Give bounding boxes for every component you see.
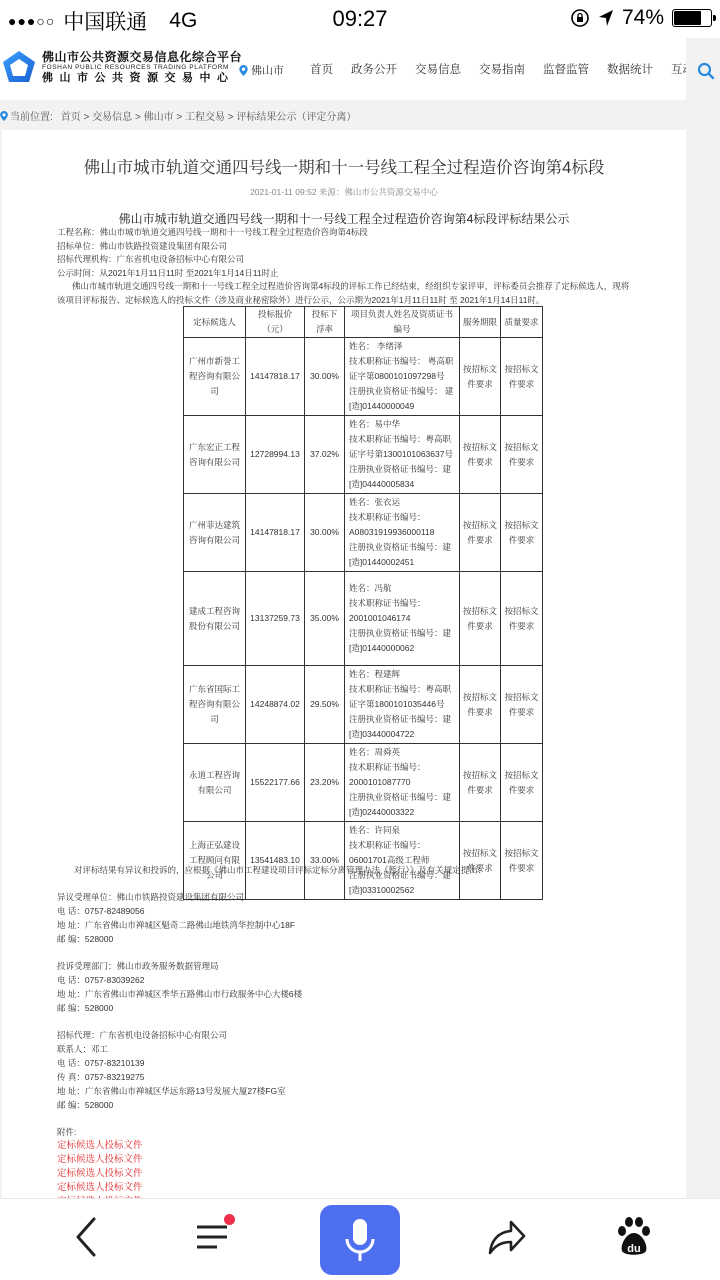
bid-price: 15522177.66 bbox=[246, 744, 305, 822]
cert-line: 技术职称证书编号：2001001046174 bbox=[349, 596, 455, 626]
cert-line: 姓名：程建辉 bbox=[349, 667, 455, 682]
article-card: 佛山市城市轨道交通四号线一期和十一号线工程全过程造价咨询第4标段 2021-01… bbox=[2, 130, 686, 1198]
article-footer: 对评标结果有异议和投诉的，应根据《佛山市工程建设项目评标定标分离管理办法（暂行）… bbox=[57, 863, 657, 1198]
pentagon-logo-icon bbox=[2, 50, 36, 84]
col-quality: 质量要求 bbox=[501, 307, 543, 338]
breadcrumb-label: 当前位置: bbox=[10, 108, 53, 123]
contact-line: 传 真：0757-83219275 bbox=[57, 1070, 657, 1084]
discount-rate: 29.50% bbox=[305, 666, 345, 744]
quality-requirement: 按招标文件要求 bbox=[501, 416, 543, 494]
attachments-label: 附件: bbox=[57, 1125, 657, 1139]
service-period: 按招标文件要求 bbox=[460, 338, 501, 416]
cert-line: 姓名：周舜英 bbox=[349, 745, 455, 760]
city-label: 佛山市 bbox=[251, 62, 284, 78]
candidate-company: 广州市新誉工程咨询有限公司 bbox=[184, 338, 246, 416]
baidu-paw-icon: du bbox=[616, 1217, 652, 1257]
contact-line: 地 址：广东省佛山市禅城区华远东路13号发展大厦27楼FG室 bbox=[57, 1084, 657, 1098]
search-icon[interactable] bbox=[697, 62, 715, 80]
svg-text:du: du bbox=[627, 1243, 640, 1255]
quality-requirement: 按招标文件要求 bbox=[501, 338, 543, 416]
service-period: 按招标文件要求 bbox=[460, 744, 501, 822]
contact-line: 异议受理单位：佛山市铁路投资建设集团有限公司 bbox=[57, 890, 657, 904]
nav-government-affairs[interactable]: 政务公开 bbox=[351, 61, 397, 77]
attachments-list: 定标候选人投标文件定标候选人投标文件定标候选人投标文件定标候选人投标文件定标候选… bbox=[57, 1139, 657, 1198]
cert-line: 注册执业资格证书编号：建[造]01440002451 bbox=[349, 540, 455, 570]
breadcrumb: 当前位置: 首页 > 交易信息 > 佛山市 > 工程交易 > 评标结果公示（评定… bbox=[0, 108, 356, 123]
main-nav: 首页 政务公开 交易信息 交易指南 监督监管 数据统计 互动交流 bbox=[310, 61, 720, 77]
page-title: 佛山市城市轨道交通四号线一期和十一号线工程全过程造价咨询第4标段 bbox=[2, 154, 686, 178]
tender-agency: 招标代理机构：广东省机电设备招标中心有限公司 bbox=[57, 253, 637, 267]
table-row: 广东宏正工程咨询有限公司12728994.1337.02%姓名：易中华技术职称证… bbox=[184, 416, 543, 494]
candidate-company: 永道工程咨询有限公司 bbox=[184, 744, 246, 822]
logo-subtitle-cn: 佛山市公共资源交易中心 bbox=[42, 72, 242, 83]
cert-line: 姓名：冯航 bbox=[349, 581, 455, 596]
bid-price: 14147818.17 bbox=[246, 494, 305, 572]
cert-line: 技术职称证书编号：粤高职证字第1800101035446号 bbox=[349, 682, 455, 712]
candidate-company: 广州菲达建筑咨询有限公司 bbox=[184, 494, 246, 572]
project-leader-cert: 姓名：张衣运技术职称证书编号：A08031919936000118注册执业资格证… bbox=[345, 494, 460, 572]
cert-line: 技术职称证书编号：粤高职证字号第1300101063637号 bbox=[349, 432, 455, 462]
cert-line: 技术职称证书编号：A08031919936000118 bbox=[349, 510, 455, 540]
project-leader-cert: 姓名：易中华技术职称证书编号：粤高职证字号第1300101063637号注册执业… bbox=[345, 416, 460, 494]
city-selector[interactable]: 佛山市 bbox=[239, 62, 284, 78]
site-header: 佛山市公共资源交易信息化综合平台 FOSHAN PUBLIC RESOURCES… bbox=[0, 38, 686, 100]
table-row: 广东省国际工程咨询有限公司14248874.0229.50%姓名：程建辉技术职称… bbox=[184, 666, 543, 744]
back-icon bbox=[74, 1217, 98, 1257]
contact-line: 邮 编：528000 bbox=[57, 1001, 657, 1015]
cert-line: 姓名： 李绪泽 bbox=[349, 339, 455, 354]
contact-line: 联系人：邓工 bbox=[57, 1042, 657, 1056]
candidates-table: 定标候选人 投标报价（元） 投标下浮率 项目负责人姓名及资质证书编号 服务期限 … bbox=[183, 306, 543, 900]
table-row: 建成工程咨询股份有限公司13137259.7335.00%姓名：冯航技术职称证书… bbox=[184, 572, 543, 666]
location-pin-icon bbox=[239, 65, 248, 76]
nav-home[interactable]: 首页 bbox=[310, 61, 333, 77]
share-button[interactable] bbox=[477, 1207, 537, 1267]
cert-line: 注册执业资格证书编号：建[造]03440004722 bbox=[349, 712, 455, 742]
quality-requirement: 按招标文件要求 bbox=[501, 494, 543, 572]
announcement-paragraph: 佛山市城市轨道交通四号线一期和十一号线工程全过程造价咨询第4标段的评标工作已经结… bbox=[57, 280, 637, 307]
announcement-title: 佛山市城市轨道交通四号线一期和十一号线工程全过程造价咨询第4标段评标结果公示 bbox=[2, 210, 686, 227]
col-discount-rate: 投标下浮率 bbox=[305, 307, 345, 338]
contact-line: 电 话：0757-83210139 bbox=[57, 1056, 657, 1070]
col-candidate: 定标候选人 bbox=[184, 307, 246, 338]
voice-search-button[interactable] bbox=[320, 1205, 400, 1275]
quality-requirement: 按招标文件要求 bbox=[501, 744, 543, 822]
quality-requirement: 按招标文件要求 bbox=[501, 572, 543, 666]
location-pin-icon bbox=[0, 111, 8, 121]
contact-line: 招标代理：广东省机电设备招标中心有限公司 bbox=[57, 1028, 657, 1042]
nav-statistics[interactable]: 数据统计 bbox=[607, 61, 653, 77]
project-leader-cert: 姓名：冯航技术职称证书编号：2001001046174注册执业资格证书编号：建[… bbox=[345, 572, 460, 666]
contact-block: 投诉受理部门：佛山市政务服务数据管理局电 话：0757-83039262地 址：… bbox=[57, 959, 657, 1015]
publicity-period: 公示时间：从2021年1月11日11时 至2021年1月14日11时止 bbox=[57, 267, 637, 281]
project-info: 工程名称：佛山市城市轨道交通四号线一期和十一号线工程全过程造价咨询第4标段 招标… bbox=[57, 226, 637, 307]
project-leader-cert: 姓名：周舜英技术职称证书编号：2000101087770注册执业资格证书编号：建… bbox=[345, 744, 460, 822]
breadcrumb-path[interactable]: 首页 > 交易信息 > 佛山市 > 工程交易 > 评标结果公示（评定分离） bbox=[61, 108, 357, 123]
status-right: 74% bbox=[570, 6, 712, 30]
discount-rate: 37.02% bbox=[305, 416, 345, 494]
notification-dot bbox=[224, 1214, 235, 1225]
cert-line: 注册执业资格证书编号：建[造]04440005834 bbox=[349, 462, 455, 492]
contact-block: 招标代理：广东省机电设备招标中心有限公司联系人：邓工电 话：0757-83210… bbox=[57, 1028, 657, 1112]
cert-line: 注册执业资格证书编号： 建[造]01440000049 bbox=[349, 384, 455, 414]
discount-rate: 30.00% bbox=[305, 338, 345, 416]
location-arrow-icon bbox=[598, 9, 614, 27]
back-button[interactable] bbox=[56, 1207, 116, 1267]
contact-line: 地 址：广东省佛山市禅城区季华五路佛山市行政服务中心大楼6楼 bbox=[57, 987, 657, 1001]
col-bid-price: 投标报价（元） bbox=[246, 307, 305, 338]
table-row: 广州菲达建筑咨询有限公司14147818.1730.00%姓名：张衣运技术职称证… bbox=[184, 494, 543, 572]
project-name: 工程名称：佛山市城市轨道交通四号线一期和十一号线工程全过程造价咨询第4标段 bbox=[57, 226, 637, 240]
contact-line: 邮 编：528000 bbox=[57, 932, 657, 946]
contact-line: 邮 编：528000 bbox=[57, 1098, 657, 1112]
bid-price: 12728994.13 bbox=[246, 416, 305, 494]
battery-icon bbox=[672, 9, 712, 27]
orientation-lock-icon bbox=[570, 8, 590, 28]
bid-price: 14147818.17 bbox=[246, 338, 305, 416]
cert-line: 注册执业资格证书编号：建[造]01440000062 bbox=[349, 626, 455, 656]
menu-icon bbox=[195, 1222, 229, 1252]
site-logo[interactable]: 佛山市公共资源交易信息化综合平台 FOSHAN PUBLIC RESOURCES… bbox=[2, 50, 242, 84]
tenderer: 招标单位：佛山市铁路投资建设集团有限公司 bbox=[57, 240, 637, 254]
candidate-company: 建成工程咨询股份有限公司 bbox=[184, 572, 246, 666]
nav-trade-info[interactable]: 交易信息 bbox=[415, 61, 461, 77]
table-row: 广州市新誉工程咨询有限公司14147818.1730.00%姓名： 李绪泽技术职… bbox=[184, 338, 543, 416]
microphone-icon bbox=[343, 1217, 377, 1263]
service-period: 按招标文件要求 bbox=[460, 494, 501, 572]
attachment-link[interactable]: 定标候选人投标文件 bbox=[57, 1181, 657, 1195]
table-header-row: 定标候选人 投标报价（元） 投标下浮率 项目负责人姓名及资质证书编号 服务期限 … bbox=[184, 307, 543, 338]
quality-requirement: 按招标文件要求 bbox=[501, 666, 543, 744]
discount-rate: 23.20% bbox=[305, 744, 345, 822]
service-period: 按招标文件要求 bbox=[460, 666, 501, 744]
browser-bottom-bar: du bbox=[0, 1198, 720, 1280]
contact-line: 电 话：0757-83039262 bbox=[57, 973, 657, 987]
cert-line: 姓名：张衣运 bbox=[349, 495, 455, 510]
table-row: 永道工程咨询有限公司15522177.6623.20%姓名：周舜英技术职称证书编… bbox=[184, 744, 543, 822]
project-leader-cert: 姓名： 李绪泽技术职称证书编号： 粤高职证字第0800101097298号注册执… bbox=[345, 338, 460, 416]
contact-line: 电 话：0757-82489056 bbox=[57, 904, 657, 918]
candidate-company: 广东宏正工程咨询有限公司 bbox=[184, 416, 246, 494]
cert-line: 姓名：许同泉 bbox=[349, 823, 455, 838]
discount-rate: 35.00% bbox=[305, 572, 345, 666]
col-project-leader: 项目负责人姓名及资质证书编号 bbox=[345, 307, 460, 338]
status-bar: ●●●○○ 中国联通 4G 09:27 74% bbox=[0, 0, 720, 38]
service-period: 按招标文件要求 bbox=[460, 416, 501, 494]
nav-trade-guide[interactable]: 交易指南 bbox=[479, 61, 525, 77]
candidate-company: 广东省国际工程咨询有限公司 bbox=[184, 666, 246, 744]
objection-note: 对评标结果有异议和投诉的，应根据《佛山市工程建设项目评标定标分离管理办法（暂行）… bbox=[57, 863, 657, 877]
attachment-link[interactable]: 定标候选人投标文件 bbox=[57, 1153, 657, 1167]
cert-line: 注册执业资格证书编号：建[造]02440003322 bbox=[349, 790, 455, 820]
attachment-link[interactable]: 定标候选人投标文件 bbox=[57, 1139, 657, 1153]
battery-percent: 74% bbox=[622, 6, 664, 30]
contact-line: 地 址：广东省佛山市禅城区魁奇二路佛山地铁湾华控制中心18F bbox=[57, 918, 657, 932]
cert-line: 技术职称证书编号： 粤高职证字第0800101097298号 bbox=[349, 354, 455, 384]
article-meta: 2021-01-11 09:52 来源：佛山市公共资源交易中心 bbox=[2, 186, 686, 198]
col-service-period: 服务期限 bbox=[460, 307, 501, 338]
share-icon bbox=[487, 1219, 527, 1255]
project-leader-cert: 姓名：程建辉技术职称证书编号：粤高职证字第1800101035446号注册执业资… bbox=[345, 666, 460, 744]
logo-title-cn: 佛山市公共资源交易信息化综合平台 bbox=[42, 51, 242, 63]
right-gutter bbox=[686, 38, 720, 1198]
contact-line: 投诉受理部门：佛山市政务服务数据管理局 bbox=[57, 959, 657, 973]
nav-supervision[interactable]: 监督监管 bbox=[543, 61, 589, 77]
attachment-link[interactable]: 定标候选人投标文件 bbox=[57, 1167, 657, 1181]
discount-rate: 30.00% bbox=[305, 494, 345, 572]
bid-price: 13137259.73 bbox=[246, 572, 305, 666]
service-period: 按招标文件要求 bbox=[460, 572, 501, 666]
contact-block: 异议受理单位：佛山市铁路投资建设集团有限公司电 话：0757-82489056地… bbox=[57, 890, 657, 946]
baidu-button[interactable]: du bbox=[604, 1207, 664, 1267]
bid-price: 14248874.02 bbox=[246, 666, 305, 744]
cert-line: 姓名：易中华 bbox=[349, 417, 455, 432]
cert-line: 技术职称证书编号：2000101087770 bbox=[349, 760, 455, 790]
